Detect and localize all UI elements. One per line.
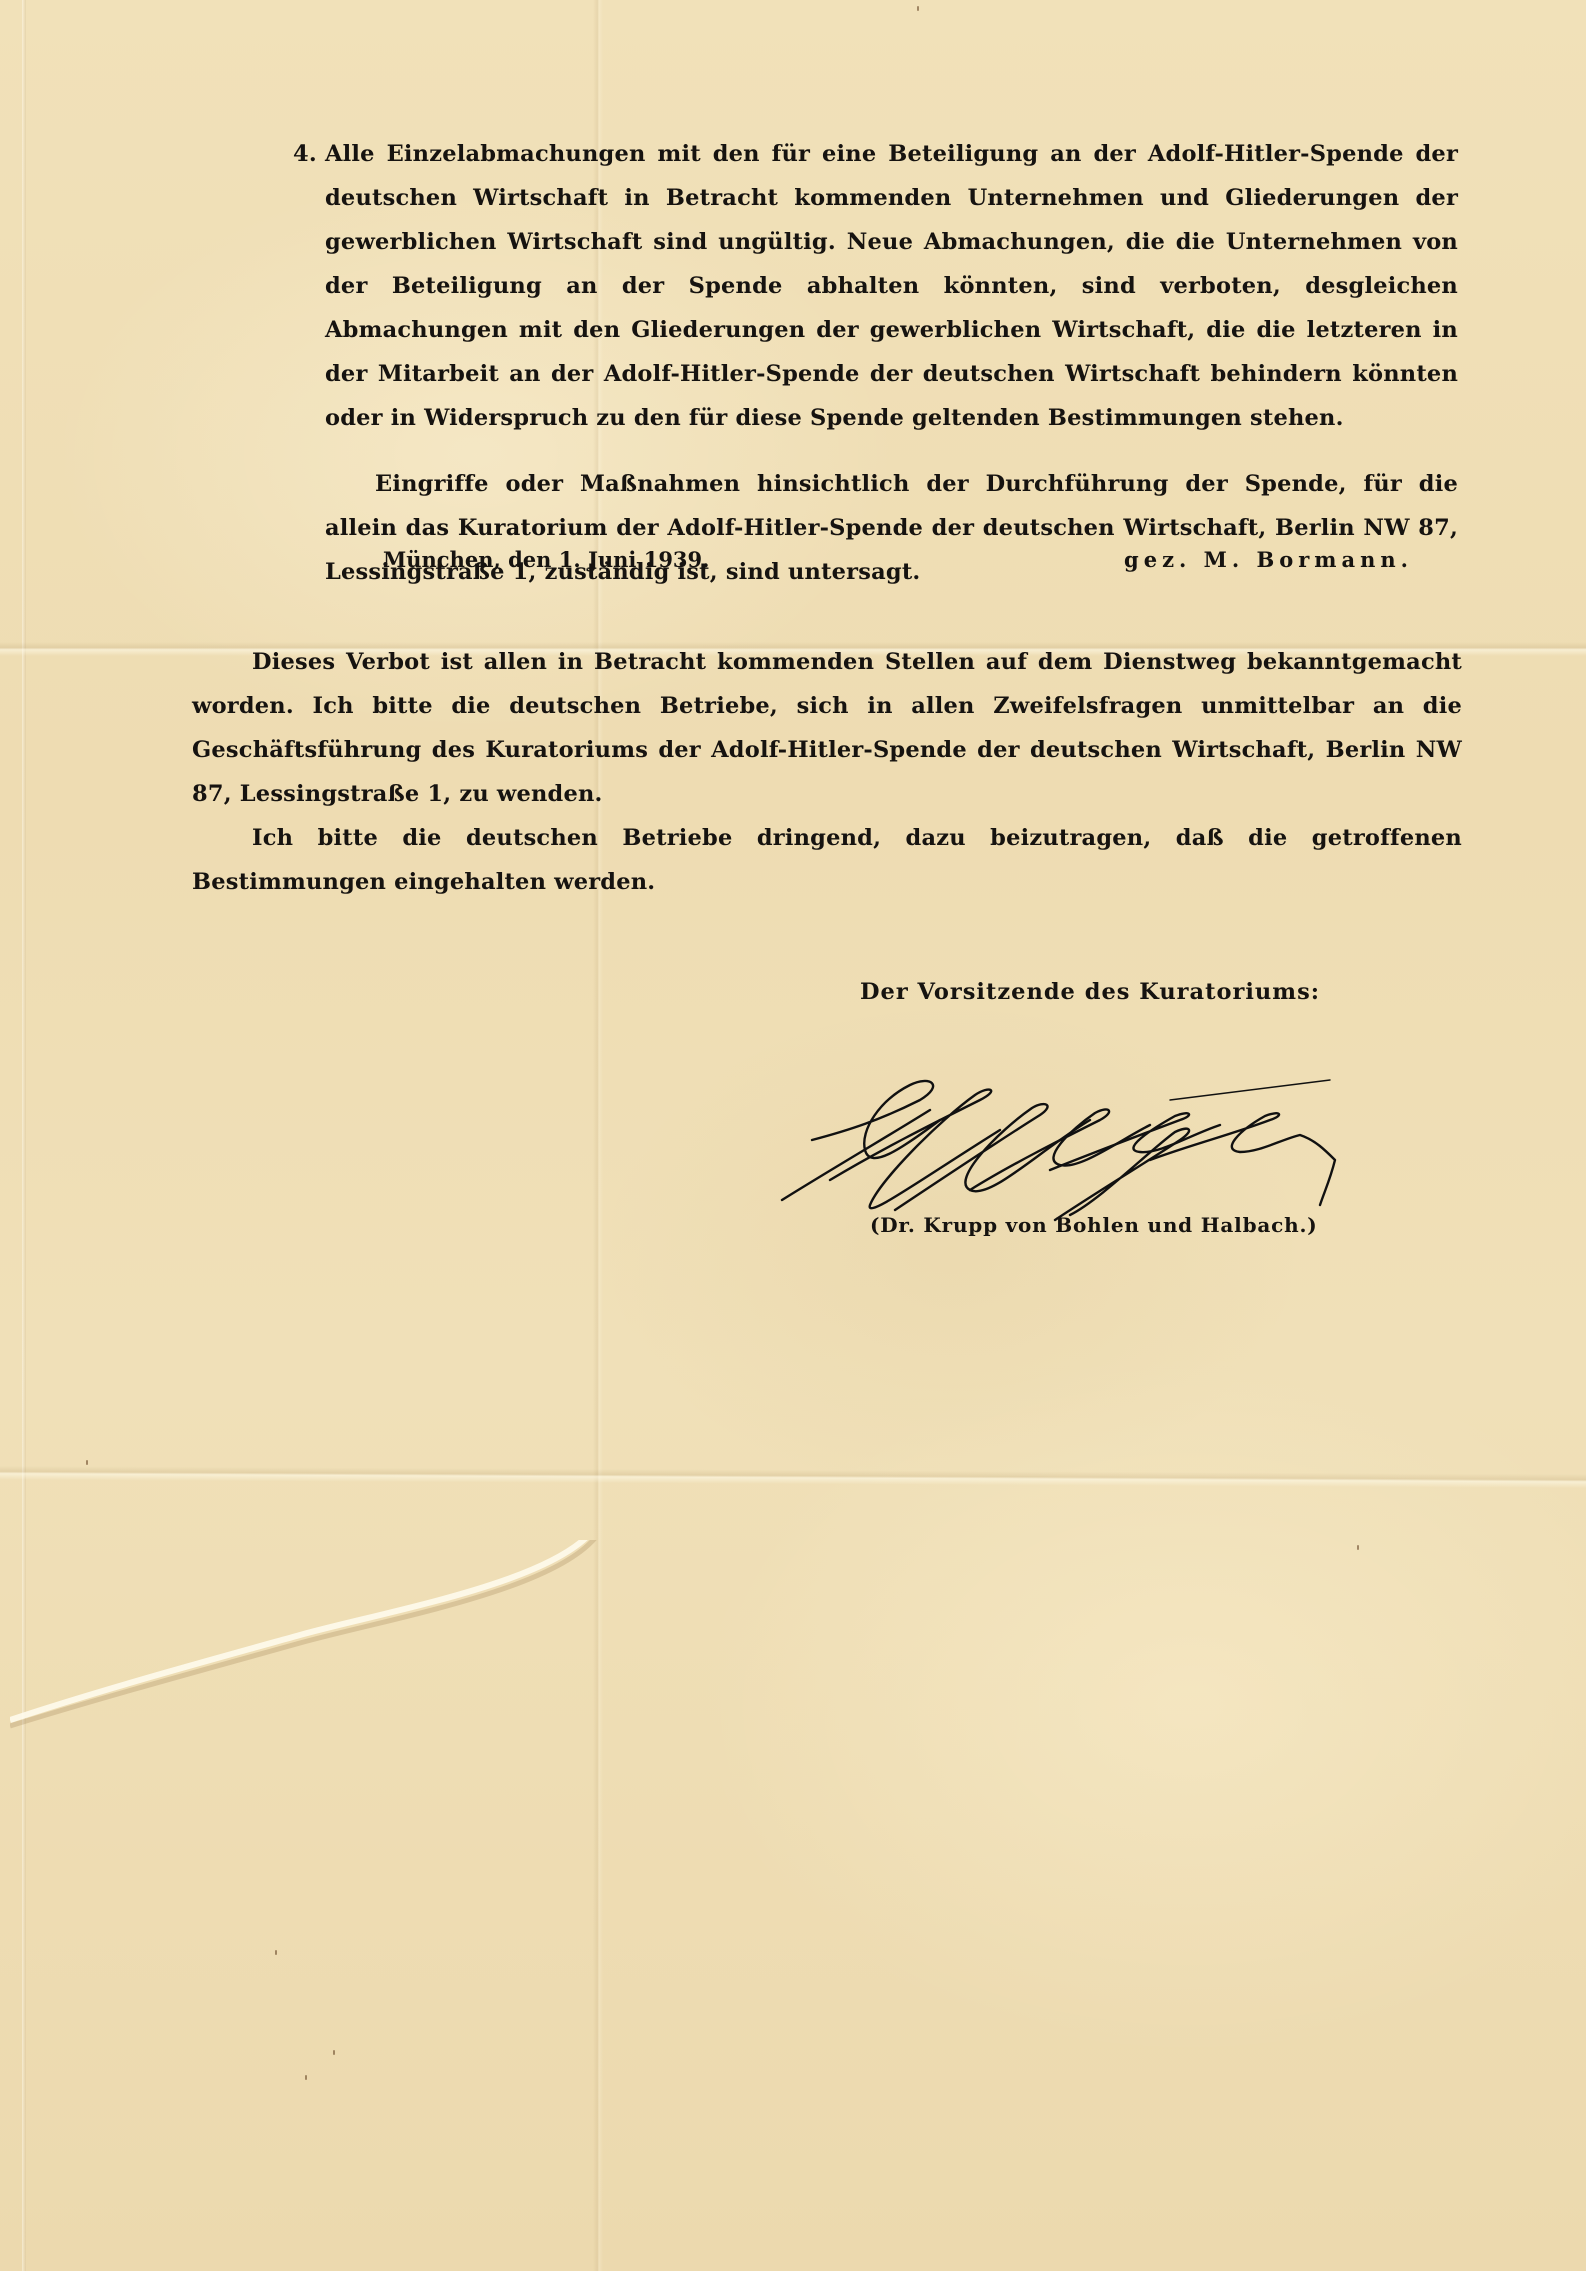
paper-speck (275, 1950, 277, 1955)
paper-speck (333, 2050, 335, 2055)
section-number: 4. (293, 132, 325, 440)
paper-speck (305, 2075, 307, 2080)
paper-speck (86, 1460, 88, 1465)
signer-name: (Dr. Krupp von Bohlen und Halbach.) (870, 1205, 1317, 1245)
closing-text: Dieses Verbot ist allen in Betracht komm… (192, 640, 1462, 904)
signed-by-bormann: gez. M. Bormann. (1124, 538, 1413, 582)
paper-crease-icon (10, 1540, 610, 1780)
dateline: München, den 1. Juni 1939. gez. M. Borma… (383, 538, 1413, 582)
paper-edge-fold (22, 0, 26, 2271)
chairman-title: Der Vorsitzende des Kuratoriums: (860, 970, 1320, 1014)
section-4-item: 4. Alle Einzelabmachungen mit den für ei… (293, 132, 1458, 440)
closing-paragraph-1: Dieses Verbot ist allen in Betracht komm… (192, 640, 1462, 816)
paper-speck (917, 6, 919, 11)
section-4-paragraph-1: Alle Einzelabmachungen mit den für eine … (325, 132, 1458, 440)
section-4: 4. Alle Einzelabmachungen mit den für ei… (293, 132, 1458, 594)
paper-speck (1357, 1545, 1359, 1550)
closing-paragraph-2: Ich bitte die deutschen Betriebe dringen… (192, 816, 1462, 904)
handwritten-signature-icon (770, 1040, 1340, 1230)
place-and-date: München, den 1. Juni 1939. (383, 538, 709, 582)
